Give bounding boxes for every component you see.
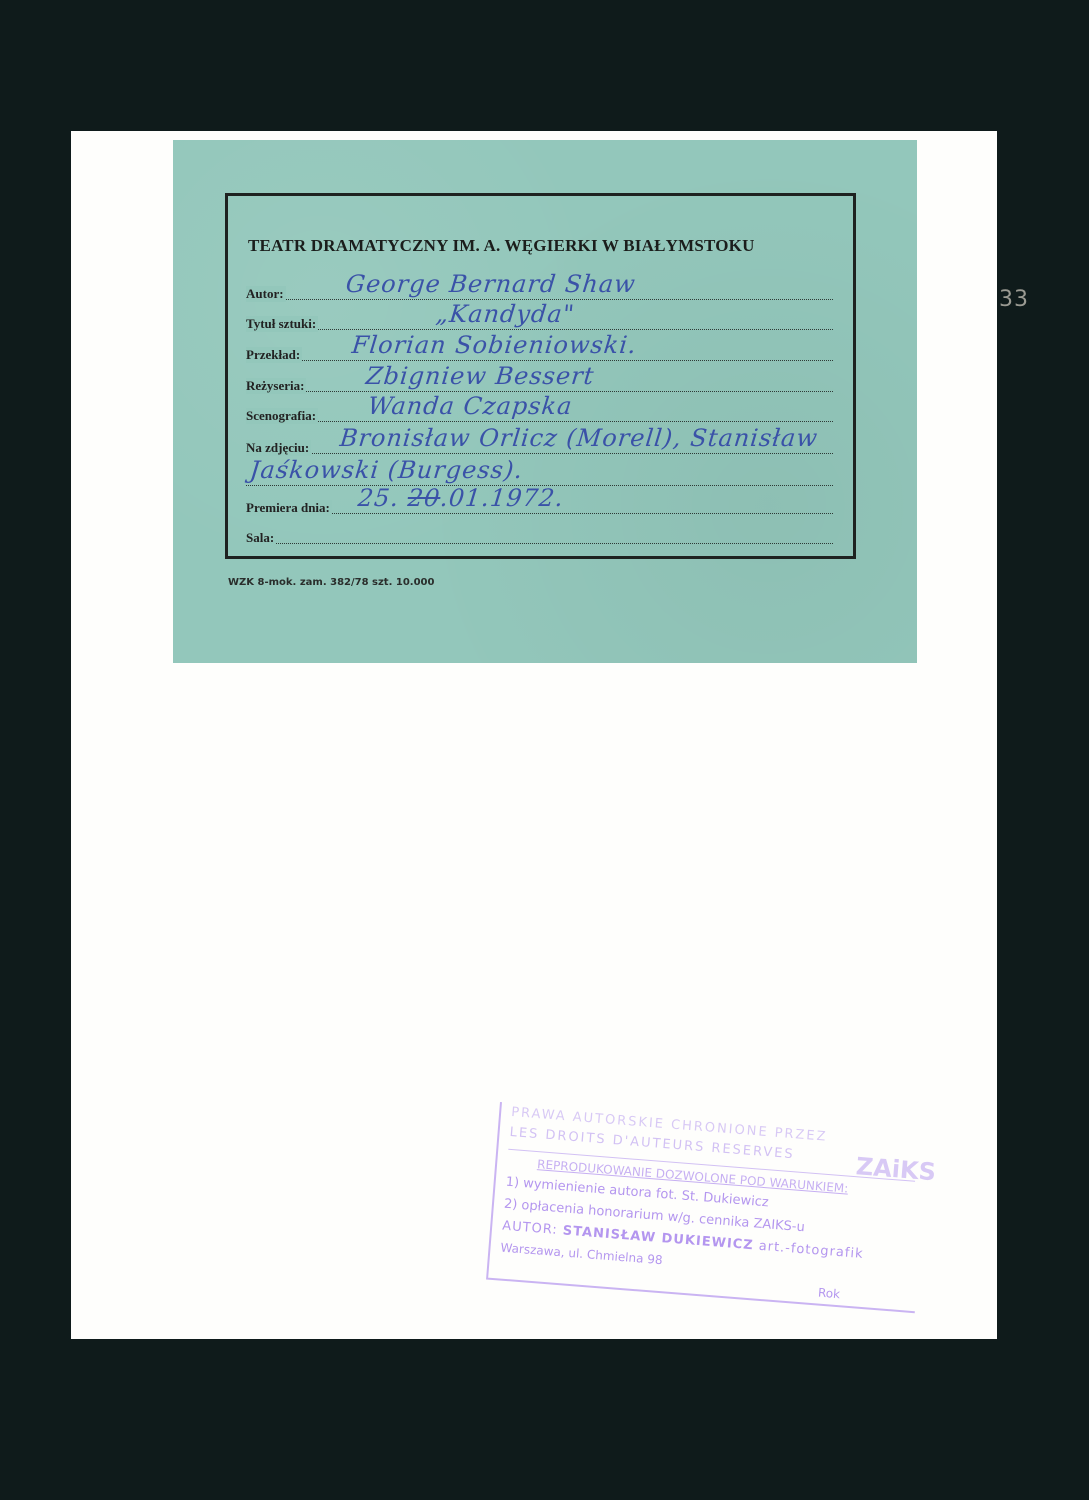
dotted-line: [246, 360, 833, 361]
field-na-zdjeciu: Na zdjęciu: Bronisław Orlicz (Morell), S…: [246, 428, 833, 458]
field-scenografia: Scenografia: Wanda Czapska: [246, 396, 833, 426]
date-struck: 20: [406, 484, 441, 512]
field-sala: Sala:: [246, 518, 833, 548]
field-label: Przekład:: [246, 347, 302, 363]
field-value: Jaśkowski (Burgess).: [249, 456, 525, 484]
stamp-author-label: AUTOR:: [502, 1219, 559, 1238]
field-label: Na zdjęciu:: [246, 440, 311, 456]
field-value: Zbigniew Bessert: [365, 362, 596, 390]
field-value: 25. 20.01.1972.: [357, 484, 566, 512]
dotted-line: [246, 329, 833, 330]
field-value: Wanda Czapska: [367, 392, 574, 420]
field-value: Bronisław Orlicz (Morell), Stanisław: [339, 424, 820, 452]
field-label: Sala:: [246, 530, 276, 546]
dotted-line: [246, 543, 833, 544]
card-frame: TEATR DRAMATYCZNY IM. A. WĘGIERKI W BIAŁ…: [225, 193, 856, 559]
card-title: TEATR DRAMATYCZNY IM. A. WĘGIERKI W BIAŁ…: [248, 236, 755, 256]
field-premiera: Premiera dnia: 25. 20.01.1972.: [246, 488, 833, 518]
dotted-line: [246, 513, 833, 514]
dotted-line: [246, 453, 833, 454]
field-value: George Bernard Shaw: [345, 270, 638, 298]
theater-card: TEATR DRAMATYCZNY IM. A. WĘGIERKI W BIAŁ…: [173, 140, 917, 663]
field-tytul: Tytuł sztuki: „Kandyda": [246, 304, 833, 334]
field-label: Premiera dnia:: [246, 500, 332, 516]
date-day: 25.: [357, 484, 401, 512]
stamp-address: Warszawa, ul. Chmielna 98: [500, 1241, 663, 1268]
stamp-year-label: Rok: [817, 1286, 840, 1302]
stamp-author-role: art.-fotografik: [758, 1239, 864, 1262]
date-rest: .01.1972.: [439, 484, 565, 512]
field-value: Florian Sobieniowski.: [351, 331, 639, 359]
field-label: Autor:: [246, 286, 286, 302]
stamp-brand: ZAiKS: [855, 1152, 937, 1186]
dotted-line: [246, 421, 833, 422]
field-label: Reżyseria:: [246, 378, 306, 394]
field-label: Scenografia:: [246, 408, 318, 424]
field-przeklad: Przekład: Florian Sobieniowski.: [246, 335, 833, 365]
field-value: „Kandyda": [435, 300, 577, 328]
field-label: Tytuł sztuki:: [246, 316, 318, 332]
print-imprint: WZK 8-mok. zam. 382/78 szt. 10.000: [228, 577, 434, 588]
page-number: 33: [999, 287, 1029, 312]
copyright-stamp: PRAWA AUTORSKIE CHRONIONE PRZEZ LES DROI…: [486, 1102, 929, 1313]
